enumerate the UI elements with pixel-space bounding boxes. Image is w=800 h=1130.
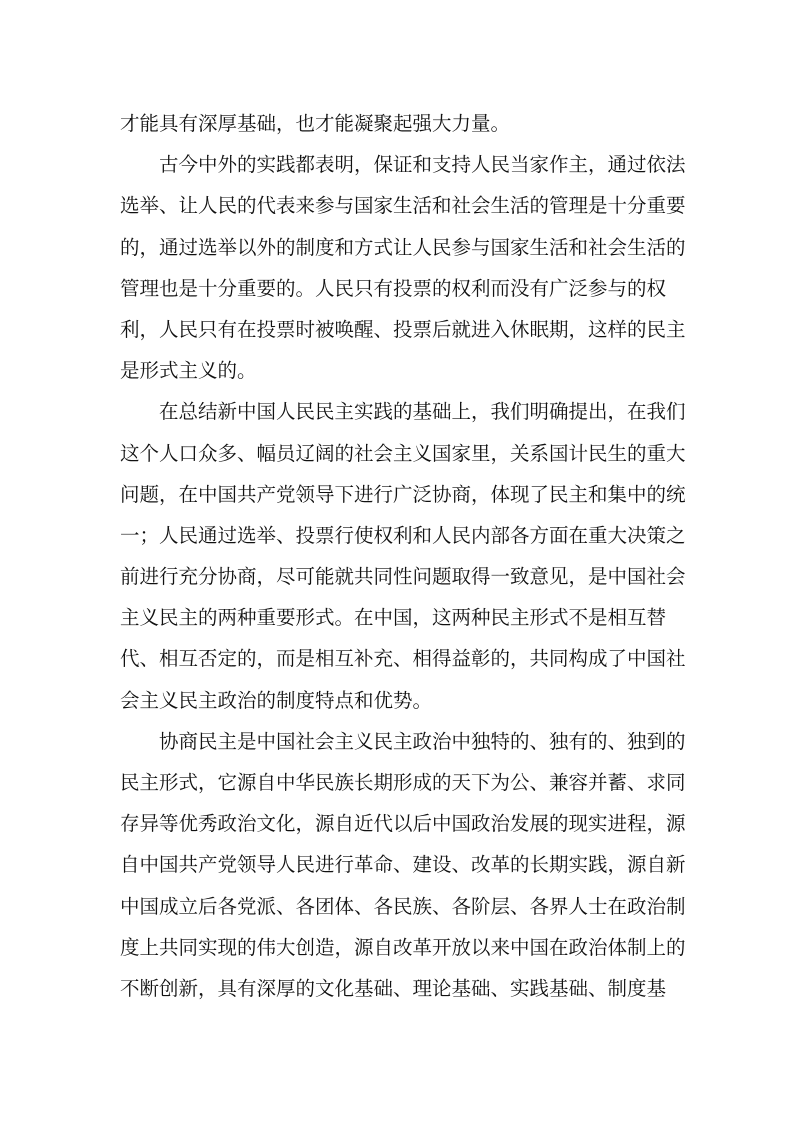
text-line: 选举、让人民的代表来参与国家生活和社会生活的管理是十分重要 [120,185,668,226]
text-line: 不断创新，具有深厚的文化基础、理论基础、实践基础、制度基 [120,968,668,1009]
text-line: 是形式主义的。 [120,350,668,391]
paragraph-start-line: 在总结新中国人民民主实践的基础上，我们明确提出，在我们 [120,391,668,432]
text-line: 中国成立后各党派、各团体、各民族、各阶层、各界人士在政治制 [120,886,668,927]
text-line: 问题，在中国共产党领导下进行广泛协商，体现了民主和集中的统 [120,474,668,515]
text-line: 这个人口众多、幅员辽阔的社会主义国家里，关系国计民生的重大 [120,433,668,474]
text-line: 才能具有深厚基础，也才能凝聚起强大力量。 [120,103,668,144]
paragraph-start-line: 古今中外的实践都表明，保证和支持人民当家作主，通过依法 [120,144,668,185]
text-line: 度上共同实现的伟大创造，源自改革开放以来中国在政治体制上的 [120,927,668,968]
text-line: 的，通过选举以外的制度和方式让人民参与国家生活和社会生活的 [120,227,668,268]
document-page: 才能具有深厚基础，也才能凝聚起强大力量。 古今中外的实践都表明，保证和支持人民当… [120,103,668,1009]
text-line: 管理也是十分重要的。人民只有投票的权利而没有广泛参与的权 [120,268,668,309]
text-line: 代、相互否定的，而是相互补充、相得益彰的，共同构成了中国社 [120,638,668,679]
text-line: 利，人民只有在投票时被唤醒、投票后就进入休眠期，这样的民主 [120,309,668,350]
text-line: 存异等优秀政治文化，源自近代以后中国政治发展的现实进程，源 [120,803,668,844]
text-line: 前进行充分协商，尽可能就共同性问题取得一致意见，是中国社会 [120,556,668,597]
text-line: 一；人民通过选举、投票行使权利和人民内部各方面在重大决策之 [120,515,668,556]
text-line: 会主义民主政治的制度特点和优势。 [120,680,668,721]
text-line: 自中国共产党领导人民进行革命、建设、改革的长期实践，源自新 [120,844,668,885]
paragraph-start-line: 协商民主是中国社会主义民主政治中独特的、独有的、独到的 [120,721,668,762]
text-line: 民主形式，它源自中华民族长期形成的天下为公、兼容并蓄、求同 [120,762,668,803]
text-line: 主义民主的两种重要形式。在中国，这两种民主形式不是相互替 [120,597,668,638]
